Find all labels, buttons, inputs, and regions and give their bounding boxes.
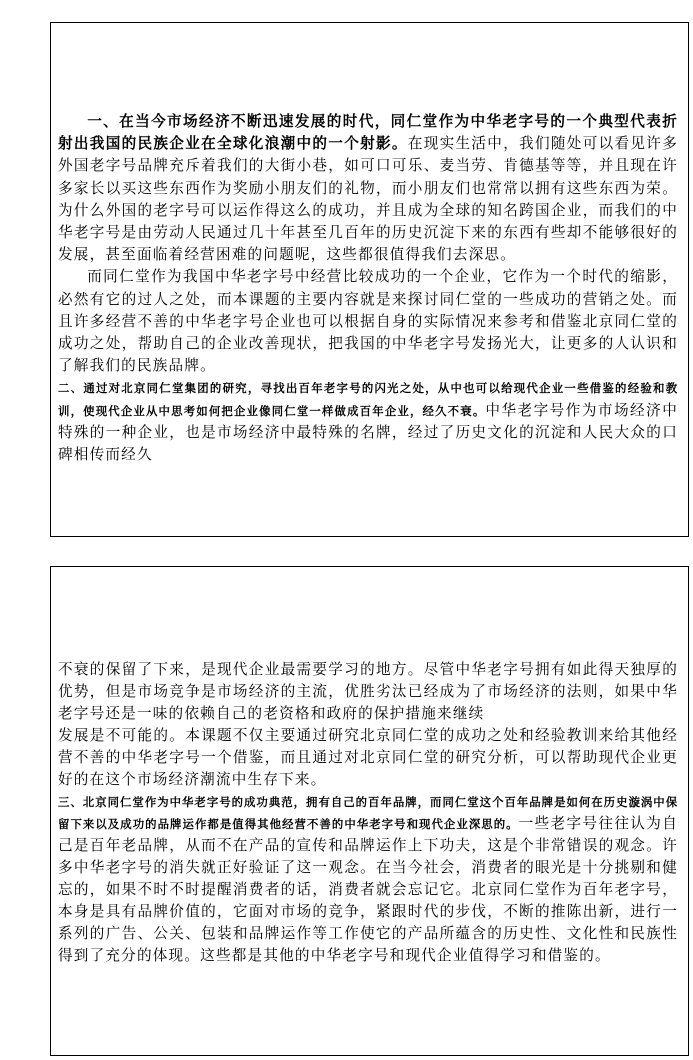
section-two-paragraph: 二、通过对北京同仁堂集团的研究，寻找出百年老字号的闪光之处，从中也可以给现代企业… xyxy=(58,377,678,466)
section-one-paragraph-two: 而同仁堂作为我国中华老字号中经营比较成功的一个企业，它作为一个时代的缩影，必然有… xyxy=(58,266,678,377)
page-2-paragraph-two: 发展是不可能的。本课题不仅主要通过研究北京同仁堂的成功之处和经验教训来给其他经营… xyxy=(58,725,678,791)
document-page-1: 一、在当今市场经济不断迅速发展的时代，同仁堂作为中华老字号的一个典型代表折射出我… xyxy=(50,22,689,537)
section-one-paragraph: 一、在当今市场经济不断迅速发展的时代，同仁堂作为中华老字号的一个典型代表折射出我… xyxy=(58,111,678,266)
document-page-2: 不衰的保留了下来，是现代企业最需要学习的地方。尽管中华老字号拥有如此得天独厚的优… xyxy=(50,566,689,1056)
section-one-body: 在现实生活中，我们随处可以看见许多外国老字号品牌充斥着我们的大街小巷，如可口可乐… xyxy=(58,135,678,263)
section-three-paragraph: 三、北京同仁堂作为中华老字号的成功典范，拥有自己的百年品牌，而同仁堂这个百年品牌… xyxy=(58,791,678,967)
continuation-paragraph: 不衰的保留了下来，是现代企业最需要学习的地方。尽管中华老字号拥有如此得天独厚的优… xyxy=(58,659,678,725)
page-2-content: 不衰的保留了下来，是现代企业最需要学习的地方。尽管中华老字号拥有如此得天独厚的优… xyxy=(58,659,678,967)
page-1-content: 一、在当今市场经济不断迅速发展的时代，同仁堂作为中华老字号的一个典型代表折射出我… xyxy=(58,111,678,466)
section-three-body: 一些老字号往往认为自己是百年老品牌，从而不在产品的宣传和品牌运作上下功夫，这是个… xyxy=(58,815,678,964)
